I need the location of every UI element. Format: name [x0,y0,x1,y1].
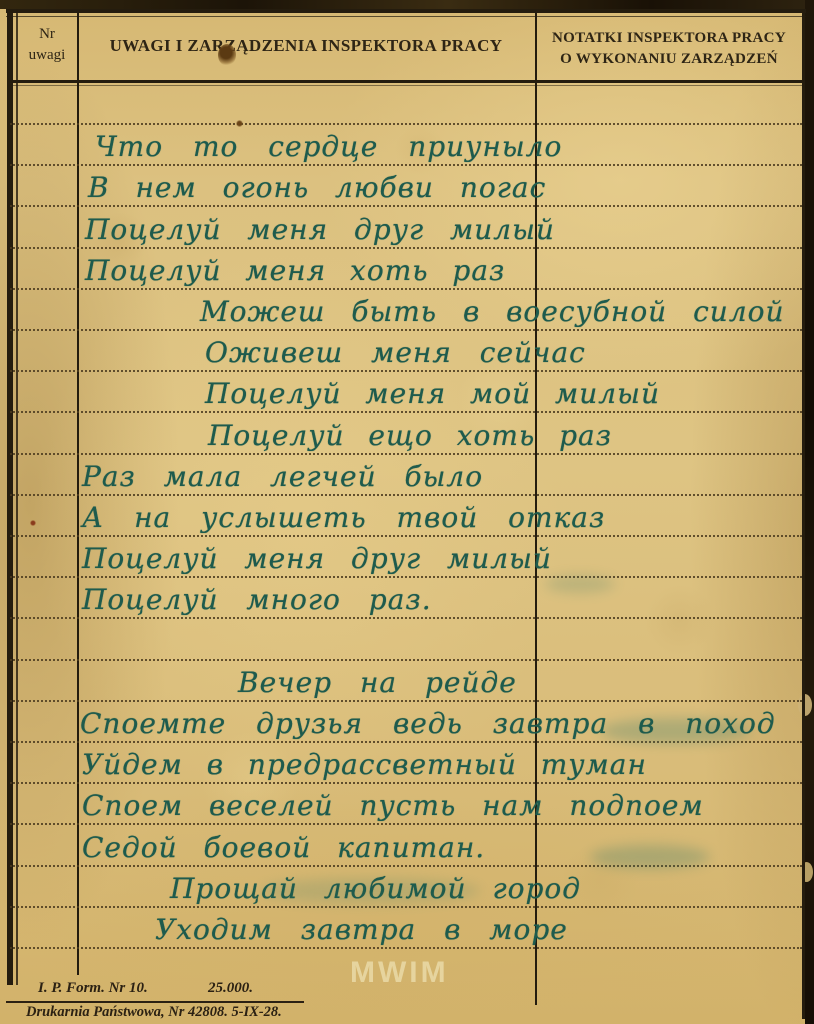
table-left-border-inner [16,9,18,985]
museum-watermark: MWIM [350,956,449,990]
dotted-rule [10,247,802,249]
table-left-border [7,9,13,985]
header-nr-line1: Nr [18,24,76,45]
dotted-rule [10,906,802,908]
footer-divider-line [6,1001,304,1003]
dotted-rule [10,576,802,578]
handwriting-line: Уходим завтра в море [155,913,568,946]
handwriting-line: Что то сердце приуныло [95,130,562,163]
handwriting-line: Поцелуй меня друг милый [82,542,552,575]
dotted-rule [10,205,802,207]
header-cell-notatki: NOTATKI INSPEKTORA PRACY O WYKONANIU ZAR… [538,28,800,70]
header-nr-line2: uwagi [18,45,76,66]
dotted-rule [10,453,802,455]
handwriting-line: Раз мала легчей было [82,460,483,493]
handwriting-line: Уйдем в предрассветный туман [82,748,647,781]
table-top-border [6,9,806,13]
ink-smudge [545,575,615,593]
handwriting-line: Седой боевой капитан. [82,831,485,864]
dotted-rule [10,123,802,125]
handwriting-line: В нем огонь любви погас [88,171,546,204]
dotted-rule [10,535,802,537]
handwriting-line: Поцелуй меня друг милый [85,213,555,246]
handwriting-line: Поцелуй ещо хоть раз [208,419,612,452]
handwriting-line: А на услышеть твой отказ [82,501,605,534]
dotted-rule [10,617,802,619]
header-notatki-line2: O WYKONANIU ZARZĄDZEŃ [538,49,800,70]
ink-smudge [590,845,710,869]
handwriting-line: Споем веселей пусть нам подпоем [82,789,704,822]
dotted-rule [10,659,802,661]
dotted-rule [10,329,802,331]
header-bottom-border [7,80,804,83]
dotted-rule [10,700,802,702]
header-bottom-border-faint [7,85,804,86]
handwriting-line: Поцелуй много раз. [82,583,432,616]
dotted-rule [10,164,802,166]
handwriting-line: Поцелуй меня хоть раз [85,254,505,287]
dotted-rule [10,370,802,372]
ink-stain [218,44,236,66]
dotted-rule [10,494,802,496]
handwriting-line: Вечер на рейде [238,666,517,699]
header-cell-nr-uwagi: Nr uwagi [18,24,76,66]
dotted-rule [10,288,802,290]
dotted-rule [10,782,802,784]
small-speck [236,120,243,127]
dotted-rule [10,947,802,949]
handwriting-line: Прощай любимой город [170,872,581,905]
dotted-rule [10,411,802,413]
table-top-border-inner [6,16,806,17]
dotted-rule [10,823,802,825]
small-speck [30,520,36,526]
handwriting-line: Оживеш меня сейчас [205,336,586,369]
footer-print-run: 25.000. [208,980,253,997]
footer-printer-info: Drukarnia Państwowa, Nr 42808. 5-IX-28. [26,1004,446,1021]
handwriting-line: Можеш быть в воесубной силой [200,295,785,328]
paper-damage-spot [798,694,812,716]
table-right-border [802,9,805,1019]
scanned-document-page: Nr uwagi UWAGI I ZARZĄDZENIA INSPEKTORA … [0,0,814,1024]
header-cell-uwagi: UWAGI I ZARZĄDZENIA INSPEKTORA PRACY [80,36,532,56]
header-notatki-line1: NOTATKI INSPEKTORA PRACY [538,28,800,49]
handwriting-line: Споемте друзья ведь завтра в поход [80,707,776,740]
scan-edge-top [0,0,814,9]
handwriting-line: Поцелуй меня мой милый [205,377,660,410]
